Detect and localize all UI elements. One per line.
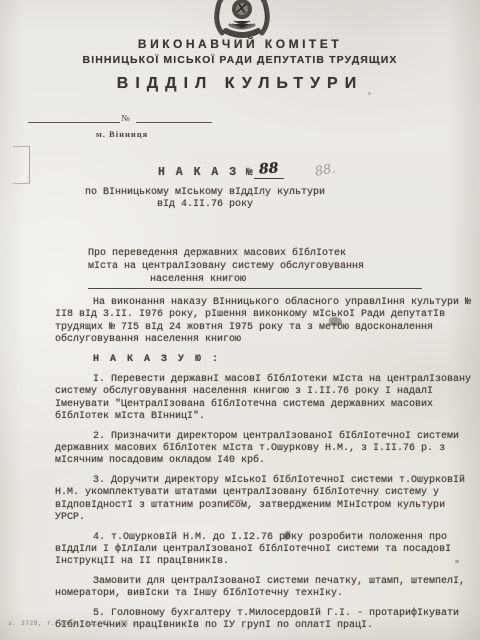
pencil-bracket-mark xyxy=(13,146,30,185)
speck xyxy=(368,92,371,95)
order-number-underline xyxy=(254,178,284,179)
order-number-pencil: 88. xyxy=(314,161,337,179)
city-label: м. Вінниця xyxy=(96,129,148,139)
order-number-handwritten: 88 xyxy=(258,160,279,177)
preamble: На виконання наказу ВІнницького обласног… xyxy=(55,297,477,347)
pencil-tick-mark xyxy=(228,500,243,509)
order-number-sign: № xyxy=(246,167,253,179)
print-shop-imprint: з. 3728, т. 1000, 21. 07. 75 р. xyxy=(8,620,141,627)
subject-line2: мІста на централІзовану систему обслугов… xyxy=(88,260,422,273)
letterhead-council: ВІННИЦЬКОЇ МІСЬКОЇ РАДИ ДЕПУТАТІВ ТРУДЯЩ… xyxy=(0,54,480,66)
number-sign-label: № xyxy=(121,113,130,123)
speck xyxy=(455,560,459,563)
order-body: На виконання наказу ВІнницького обласног… xyxy=(55,297,477,639)
order-subject: Про переведення державних масових бІблІо… xyxy=(88,247,422,289)
subject-line1: Про переведення державних масових бІблІо… xyxy=(88,247,422,260)
soviet-coat-of-arms-icon xyxy=(206,0,278,39)
blank-line-left xyxy=(28,112,120,123)
order-item-1: І. Перевести державнІ масовІ бІблІотеки … xyxy=(55,374,477,424)
ink-overstrike-mark xyxy=(329,317,342,326)
decree-word: Н А К А З У Ю : xyxy=(55,354,477,366)
order-item-2: 2. Призначити директором централІзованоІ… xyxy=(55,431,477,468)
order-subtitle: по ВІнницькому мІському вІддІлу культури… xyxy=(40,187,370,210)
order-item-3: 3. Доручити директору мІськоІ бІблІотечн… xyxy=(55,475,477,525)
letterhead-department: ВІДДІЛ КУЛЬТУРИ xyxy=(0,75,480,93)
subject-line3: населення книгою xyxy=(88,273,422,286)
order-item-supplies: Замовити для централІзованоІ системи печ… xyxy=(55,576,477,601)
order-item-4: 4. т.ОшурковІй Н.М. до І.І2.76 року розр… xyxy=(55,532,477,569)
letterhead-committee: ВИКОНАВЧИЙ КОМІТЕТ xyxy=(0,37,480,51)
order-subtitle-line1: по ВІнницькому мІському вІддІлу культури xyxy=(40,187,370,199)
order-word: Н А К А З xyxy=(158,166,238,179)
blank-line-right xyxy=(136,112,212,123)
order-subtitle-line2: вІд 4.ІІ.76 року xyxy=(40,199,370,211)
scanned-order-document: { "header": { "emblem": "soviet-coat-of-… xyxy=(0,0,480,640)
